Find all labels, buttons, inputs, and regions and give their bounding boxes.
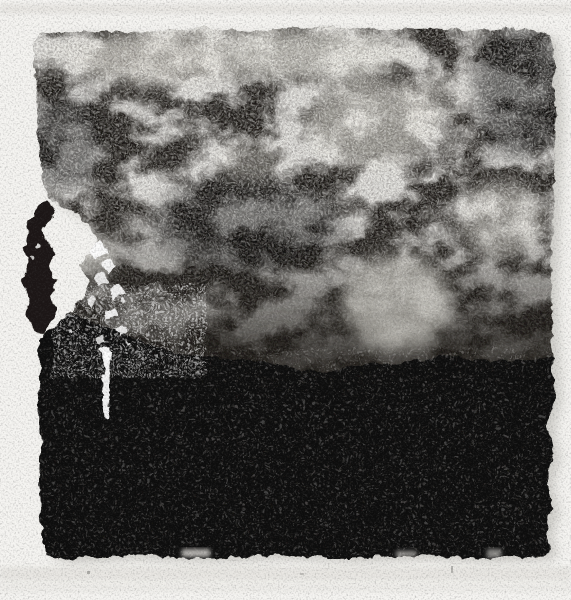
textured-panel-image (0, 0, 571, 600)
halftone-grain-overlay (0, 0, 571, 600)
halftone-photograph: Black-and-white halftone photograph of a… (0, 0, 571, 600)
